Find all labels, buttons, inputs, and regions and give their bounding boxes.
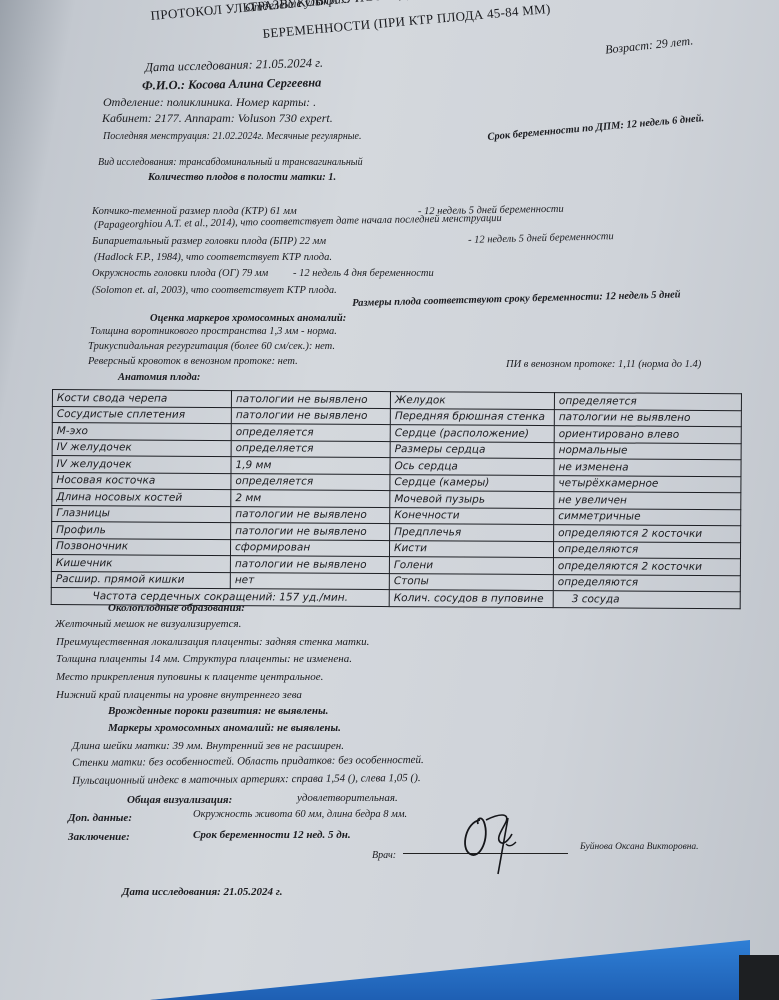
organ-right: Кисти	[389, 540, 553, 558]
finding-left: патологии не выявлено	[230, 556, 389, 573]
bpd-measure: Бипариетальный размер головки плода (БПР…	[92, 236, 326, 247]
cord-vessels-value: 3 сосуда	[553, 591, 740, 609]
nuchal-translucency: Толщина воротникового пространства 1,3 м…	[90, 326, 337, 337]
finding-left: сформирован	[230, 539, 389, 556]
finding-left: 2 мм	[231, 490, 390, 507]
ultrasound-protocol-document: Отделение ультра... ПРОТОКОЛ УЛЬТРАЗВУКО…	[0, 0, 779, 1000]
anatomy-table: Кости свода черепапатологии не выявленоЖ…	[51, 389, 742, 609]
visualization-value: удовлетворительная.	[297, 792, 398, 804]
finding-left: патологии не выявлено	[231, 523, 390, 540]
finding-left: патологии не выявлено	[231, 407, 390, 424]
extraembryonic-heading: Околоплодные образования:	[108, 602, 245, 614]
placenta-thickness: Толщина плаценты 14 мм. Структура плацен…	[56, 653, 352, 665]
organ-right: Голени	[389, 557, 553, 575]
organ-left: Носовая косточка	[52, 472, 231, 490]
hc-term: - 12 недель 4 дня беременности	[293, 268, 434, 279]
organ-right: Передняя брюшная стенка	[390, 408, 554, 426]
last-menstruation: Последняя менструация: 21.02.2024г. Меся…	[103, 131, 362, 142]
finding-left: определяется	[231, 424, 390, 441]
organ-left: Расшир. прямой кишки	[51, 571, 230, 589]
cabinet-device: Кабинет: 2177. Аппарат: Voluson 730 expe…	[102, 111, 333, 126]
organ-left: Сосудистые сплетения	[52, 406, 231, 424]
doctor-signature	[458, 808, 538, 878]
organ-right: Конечности	[390, 507, 554, 525]
organ-right: Желудок	[390, 392, 554, 410]
finding-left: патологии не выявлено	[231, 506, 390, 523]
organ-right: Мочевой пузырь	[390, 491, 554, 509]
placenta-location: Преимущественная локализация плаценты: з…	[56, 636, 369, 648]
organ-left: Глазницы	[52, 505, 231, 523]
fetus-count: Количество плодов в полости матки: 1.	[148, 172, 336, 183]
hc-measure: Окружность головки плода (ОГ) 79 мм	[92, 268, 268, 279]
patient-age: Возраст: 29 лет.	[604, 33, 693, 57]
organ-left: Кости свода черепа	[52, 390, 231, 408]
organ-right: Сердце (камеры)	[390, 474, 554, 492]
organ-right: Сердце (расположение)	[390, 425, 554, 443]
crl-measure: Копчико-теменной размер плода (КТР) 61 м…	[92, 206, 297, 217]
finding-right: определяется	[554, 393, 741, 411]
extra-data-label: Доп. данные:	[68, 812, 132, 824]
markers-heading: Оценка маркеров хромосомных аномалий:	[150, 313, 346, 324]
cord-insertion: Место прикрепления пуповины к плаценте ц…	[56, 671, 323, 683]
doctor-label: Врач:	[372, 850, 396, 861]
organ-left: IV желудочек	[52, 439, 231, 457]
organ-right: Предплечья	[390, 524, 554, 542]
yolk-sac: Желточный мешок не визуализируется.	[55, 618, 241, 630]
finding-right: ориентировано влево	[554, 426, 741, 444]
organ-left: Профиль	[52, 522, 231, 540]
organ-left: IV желудочек	[52, 456, 231, 474]
bpd-term: - 12 недель 5 дней беременности	[468, 231, 614, 246]
finding-right: четырёхкамерное	[554, 475, 741, 493]
ductus-venosus-pi: ПИ в венозном протоке: 1,11 (норма до 1.…	[506, 359, 701, 370]
finding-right: не увеличен	[554, 492, 741, 510]
organ-left: Длина носовых костей	[52, 489, 231, 507]
term-by-lmp: Срок беременности по ДПМ: 12 недель 6 дн…	[487, 113, 705, 143]
hc-reference: (Solomon et. al, 2003), что соответствуе…	[92, 285, 337, 296]
footer-exam-date: Дата исследования: 21.05.2024 г.	[122, 886, 282, 898]
anatomy-heading: Анатомия плода:	[118, 372, 200, 383]
organ-left: Кишечник	[51, 554, 230, 572]
finding-left: нет	[230, 572, 389, 589]
chromosomal-markers: Маркеры хромосомных аномалий: не выявлен…	[108, 722, 341, 734]
organ-right: Ось сердца	[390, 458, 554, 476]
cord-vessels-label: Колич. сосудов в пуповине	[389, 590, 553, 608]
conclusion-label: Заключение:	[68, 831, 130, 843]
organ-left: М-эхо	[52, 423, 231, 441]
ductus-venosus-reverse: Реверсный кровоток в венозном протоке: н…	[88, 356, 298, 367]
uterus-walls: Стенки матки: без особенностей. Область …	[72, 754, 424, 769]
finding-right: не изменена	[554, 459, 741, 477]
finding-right: симметричные	[554, 508, 741, 526]
finding-left: патологии не выявлено	[231, 391, 390, 408]
size-conclusion: Размеры плода соответствуют сроку береме…	[352, 289, 681, 309]
conclusion-value: Срок беременности 12 нед. 5 дн.	[193, 829, 351, 841]
patient-name: Ф.И.О.: Косова Алина Сергеевна	[142, 75, 322, 93]
exam-date: Дата исследования: 21.05.2024 г.	[145, 56, 323, 76]
tricuspid-regurgitation: Трикуспидальная регургитация (более 60 с…	[88, 341, 335, 352]
finding-left: определяется	[231, 473, 390, 490]
organ-right: Стопы	[389, 573, 553, 591]
finding-right: определяются	[553, 574, 740, 592]
placenta-lower-edge: Нижний край плаценты на уровне внутренне…	[56, 689, 302, 701]
doctor-name: Буйнова Оксана Викторовна.	[580, 842, 699, 852]
bpd-reference: (Hadlock F.P., 1984), что соответствует …	[94, 252, 332, 263]
exam-type: Вид исследования: трансабдоминальный и т…	[98, 157, 363, 168]
cervix-length: Длина шейки матки: 39 мм. Внутренний зев…	[72, 740, 344, 752]
extra-data-value: Окружность живота 60 мм, длина бедра 8 м…	[193, 809, 407, 820]
finding-right: определяются	[553, 541, 740, 559]
uterine-artery-pi: Пульсационный индекс в маточных артериях…	[72, 772, 421, 787]
organ-right: Размеры сердца	[390, 441, 554, 459]
finding-left: 1,9 мм	[231, 457, 390, 474]
finding-right: нормальные	[554, 442, 741, 460]
finding-left: определяется	[231, 440, 390, 457]
finding-right: определяются 2 косточки	[554, 525, 741, 543]
organ-left: Позвоночник	[51, 538, 230, 556]
visualization-label: Общая визуализация:	[127, 794, 232, 806]
finding-right: определяются 2 косточки	[553, 558, 740, 576]
department-card: Отделение: поликлиника. Номер карты: .	[103, 95, 316, 110]
finding-right: патологии не выявлено	[554, 409, 741, 427]
malformations: Врожденные пороки развития: не выявлены.	[108, 705, 328, 717]
